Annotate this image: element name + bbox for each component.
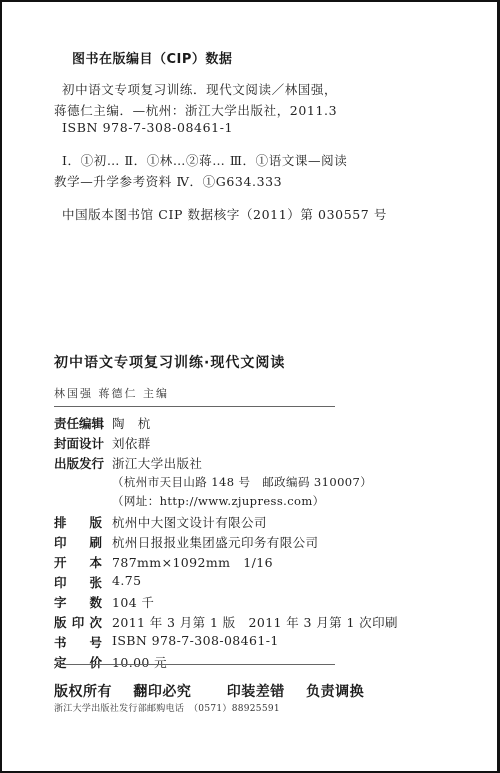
rights-statement: 版权所有 翻印必究 印装差错 负责调换: [54, 681, 364, 701]
colophon-key-char: 本: [89, 553, 102, 571]
colophon-key: 书号: [54, 633, 102, 651]
colophon-key-char: 出: [54, 454, 67, 472]
colophon-key-char: 排: [54, 513, 67, 531]
colophon-key: 出版发行: [54, 454, 102, 472]
colophon-key-char: 版: [67, 454, 80, 472]
book-editors: 林国强 蒋德仁 主编: [54, 385, 169, 401]
book-title: 初中语文专项复习训练·现代文阅读: [54, 352, 285, 372]
colophon-key-char: 定: [54, 653, 67, 671]
colophon-key-char: 书: [54, 633, 67, 651]
colophon-value: （杭州市天目山路 148 号 邮政编码 310007）: [112, 474, 372, 490]
colophon-key: 封面设计: [54, 434, 102, 452]
colophon-key-char: 次: [89, 613, 102, 631]
colophon-value: （网址：http://www.zjupress.com）: [112, 493, 325, 509]
colophon-key-char: 编: [79, 414, 92, 432]
colophon-value: 10.00 元: [112, 653, 167, 671]
colophon-key: 字数: [54, 593, 102, 611]
colophon-key-char: 开: [54, 553, 67, 571]
colophon-key-char: 刷: [89, 533, 102, 551]
rights-defect: 印装差错: [227, 681, 285, 701]
colophon-key-char: 设: [79, 434, 92, 452]
cip-line-record-number: 中国版本图书馆 CIP 数据核字（2011）第 030557 号: [62, 205, 387, 223]
colophon-key-char: 印: [54, 573, 67, 591]
colophon-key: 排版: [54, 513, 102, 531]
colophon-value: ISBN 978-7-308-08461-1: [112, 633, 279, 648]
colophon-value: 刘依群: [112, 434, 151, 452]
colophon-key-char: 责: [54, 414, 67, 432]
cip-line-classification-cont: 教学—升学参考资料 Ⅳ．①G634.333: [54, 172, 282, 190]
cip-line-classification: Ⅰ．①初… Ⅱ．①林…②蒋… Ⅲ．①语文课—阅读: [62, 151, 347, 169]
colophon-key: 定价: [54, 653, 102, 671]
colophon-value: 104 千: [112, 593, 154, 611]
rights-reserved: 版权所有: [54, 681, 112, 701]
colophon-value: 2011 年 3 月第 1 版 2011 年 3 月第 1 次印刷: [112, 613, 398, 631]
colophon-key-char: 封: [54, 434, 67, 452]
colophon-key-char: 印: [54, 533, 67, 551]
cip-line-publisher: 蒋德仁主编．—杭州：浙江大学出版社，2011.3: [54, 101, 337, 119]
contact-phone: 浙江大学出版社发行部邮购电话 （0571）88925591: [54, 701, 280, 714]
colophon-key-char: 张: [89, 573, 102, 591]
colophon-key: 印张: [54, 573, 102, 591]
colophon-key-char: 行: [92, 454, 105, 472]
colophon-value: 杭州中大图文设计有限公司: [112, 513, 267, 531]
colophon-key-char: 面: [67, 434, 80, 452]
colophon-key-char: 版: [89, 513, 102, 531]
cip-line-title: 初中语文专项复习训练．现代文阅读／林国强，: [62, 80, 337, 98]
colophon-key: 印刷: [54, 533, 102, 551]
divider-bottom: [54, 664, 335, 665]
colophon-value: 浙江大学出版社: [112, 454, 202, 472]
colophon-key-char: 计: [92, 434, 105, 452]
colophon-key-char: 版: [54, 613, 67, 631]
divider-top: [54, 406, 335, 407]
colophon-value: 杭州日报报业集团盛元印务有限公司: [112, 533, 318, 551]
rights-exchange: 负责调换: [306, 681, 364, 701]
cip-heading: 图书在版编目（CIP）数据: [72, 48, 232, 67]
colophon-key-char: 辑: [92, 414, 105, 432]
colophon-key-char: 字: [54, 593, 67, 611]
colophon-key-char: 任: [67, 414, 80, 432]
colophon-value: 4.75: [112, 573, 141, 588]
colophon-key-char: 价: [89, 653, 102, 671]
colophon-key-char: 数: [89, 593, 102, 611]
rights-no-copy: 翻印必究: [133, 681, 191, 701]
cip-line-isbn: ISBN 978-7-308-08461-1: [62, 120, 233, 135]
colophon-key-char: 发: [79, 454, 92, 472]
colophon-key: 开本: [54, 553, 102, 571]
colophon-key-char: 号: [89, 633, 102, 651]
colophon-key-char: 印: [72, 613, 85, 631]
colophon-key: 版印次: [54, 613, 102, 631]
colophon-value: 陶 杭: [112, 414, 151, 432]
colophon-key: 责任编辑: [54, 414, 102, 432]
colophon-value: 787mm×1092mm 1/16: [112, 553, 273, 571]
